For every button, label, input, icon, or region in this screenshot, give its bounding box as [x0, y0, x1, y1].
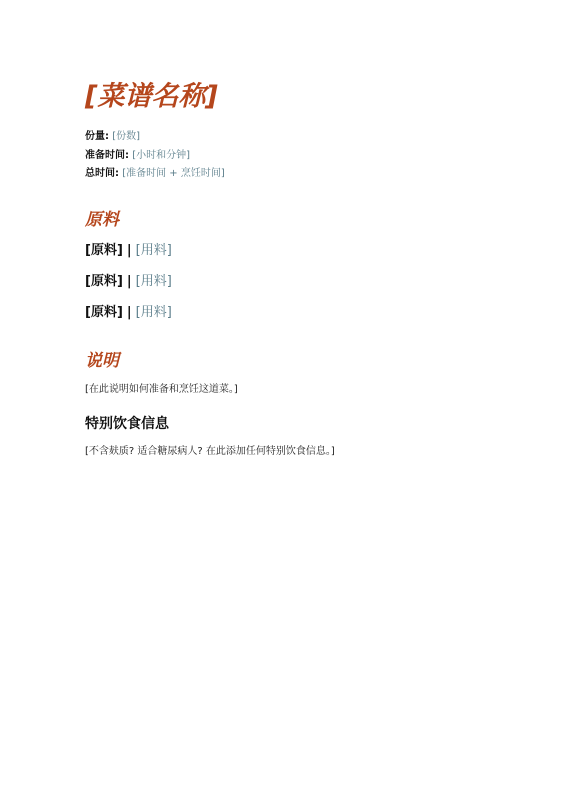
ingredients-heading: 原料	[85, 205, 119, 230]
ingredient-separator: |	[127, 305, 132, 320]
ingredient-name[interactable]: [原料]	[85, 305, 123, 320]
ingredient-separator: |	[127, 274, 132, 289]
directions-text[interactable]: [在此说明如何准备和烹饪这道菜。]	[85, 380, 238, 395]
directions-heading: 说明	[85, 346, 119, 371]
ingredient-amount[interactable]: [用料]	[136, 243, 172, 258]
recipe-title[interactable]: [菜谱名称]	[85, 74, 218, 113]
ingredient-amount[interactable]: [用料]	[136, 305, 172, 320]
prep-time-label: 准备时间:	[85, 150, 129, 161]
ingredient-separator: |	[127, 243, 132, 258]
dietary-heading: 特别饮食信息	[85, 413, 169, 433]
dietary-text[interactable]: [不含麸质? 适合糖尿病人? 在此添加任何特别饮食信息。]	[85, 442, 335, 457]
prep-time-line: 准备时间: [小时和分钟]	[85, 146, 190, 161]
ingredient-name[interactable]: [原料]	[85, 274, 123, 289]
total-time-line: 总时间: [准备时间 + 烹饪时间]	[85, 164, 225, 179]
ingredient-row: [原料]|[用料]	[85, 301, 172, 320]
total-time-label: 总时间:	[85, 168, 119, 179]
servings-value[interactable]: [份数]	[112, 131, 140, 142]
ingredient-name[interactable]: [原料]	[85, 243, 123, 258]
servings-line: 份量: [份数]	[85, 127, 140, 142]
ingredient-row: [原料]|[用料]	[85, 270, 172, 289]
prep-time-value[interactable]: [小时和分钟]	[132, 150, 190, 161]
ingredient-row: [原料]|[用料]	[85, 239, 172, 258]
servings-label: 份量:	[85, 131, 109, 142]
ingredient-amount[interactable]: [用料]	[136, 274, 172, 289]
total-time-value[interactable]: [准备时间 + 烹饪时间]	[122, 168, 225, 179]
